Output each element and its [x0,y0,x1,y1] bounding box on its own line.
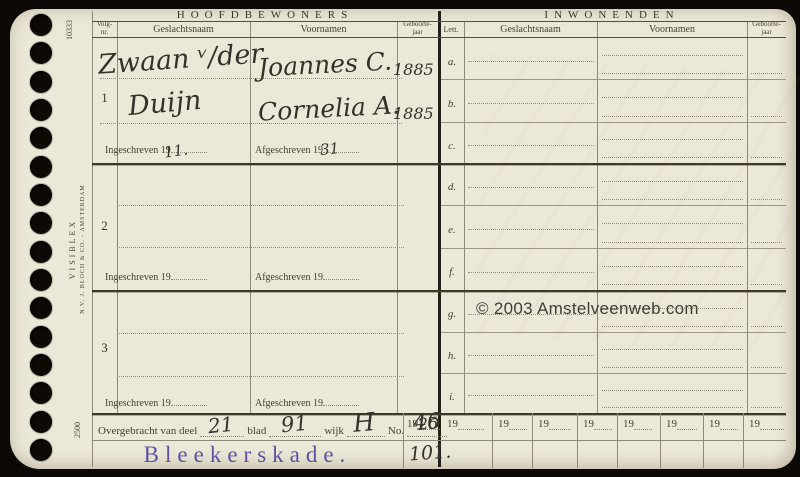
punch-hole [30,382,52,404]
col-header-voornamen-inw: Voornamen [597,24,747,35]
year-cell-leader [634,419,652,430]
year-cell-leader [458,419,484,430]
footer-cell-line [577,413,578,468]
dotted-writing-line [751,326,782,327]
year-cell: 19 [447,418,484,430]
year-cell: 19 [709,418,738,430]
year-cell-label: 19 [709,418,720,430]
dotted-writing-line [602,242,743,243]
lett-label: i. [443,391,461,403]
punch-hole [30,439,52,461]
dotted-writing-line [468,395,594,396]
hoofdbewoners-title: HOOFDBEWONERS [92,9,438,21]
dotted-writing-line [602,407,743,408]
ingeschreven-label: Ingeschreven 19 [105,269,207,283]
ingeschreven-label: Ingeschreven 19 [105,142,207,156]
ingeschreven-text: Ingeschreven 19 [105,398,171,409]
overgebracht-line: Overgebracht van deel 21 blad 91 wijk H … [98,419,447,437]
punch-hole [30,269,52,291]
overgebracht-label: Overgebracht van deel [98,425,197,437]
dotted-writing-line [602,266,743,267]
col-header-lett: Lett. [438,25,464,34]
lett-label: c. [443,140,461,152]
punch-hole [30,127,52,149]
year-cell: 19 [583,418,612,430]
dotted-writing-line [468,229,594,230]
inwonenden-row-f: f. [438,248,786,290]
dotted-writing-line [751,407,782,408]
year-cell-label: 19 [666,418,677,430]
punch-hole [30,326,52,348]
inwonenden-row-b: b. [438,79,786,122]
inwonenden-title: INWONENDEN [438,9,786,21]
deel-leader: 21 [200,426,244,437]
dotted-writing-line [751,199,782,200]
dotted-writing-line [602,73,743,74]
year-cell: 19 [666,418,697,430]
year-cell-leader [760,419,784,430]
col-header-voornamen: Voornamen [250,24,397,35]
year-cell: 19 [538,418,571,430]
dotted-writing-line [468,272,594,273]
year-cell: 19 [623,418,652,430]
afgeschreven-text: Afgeschreven 19 [255,272,323,283]
lett-label: e. [443,224,461,236]
ingeschreven-leader [171,269,207,280]
punch-hole [30,297,52,319]
dotted-writing-line [119,376,404,377]
inwonenden-row-a: a. [438,38,786,79]
col-header-geboorte-inw-line2: jaar [761,28,772,36]
ingeschreven-text: Ingeschreven 19 [105,145,171,156]
handwritten-firstname-2: Cornelia A. [257,90,400,126]
punch-hole [30,71,52,93]
dotted-writing-line [602,223,743,224]
punch-hole [30,212,52,234]
afgeschreven-text: Afgeschreven 19 [255,398,323,409]
year-prefix: 19 [407,418,418,430]
year-cell-label: 19 [538,418,549,430]
punch-hole [30,411,52,433]
dotted-writing-line [602,349,743,350]
dotted-writing-line [602,284,743,285]
printer-name-vertical: VISIBLEX [68,209,80,289]
col-header-geboortejaar-inw: Geboorte- jaar [747,21,786,36]
year-cell: 19 [498,418,527,430]
dotted-writing-line [751,242,782,243]
volgnr-value: 2 [92,218,117,234]
punch-hole [30,241,52,263]
year-cell-label: 19 [583,418,594,430]
year-cell-leader [509,419,527,430]
title-underline [92,21,786,22]
year-cell-leader [594,419,612,430]
blad-label: blad [247,425,266,437]
year-cell-label: 19 [623,418,634,430]
handwritten-surname-2: Duijn [127,85,203,122]
afgeschreven-label: Afgeschreven 19 [255,395,359,409]
footer-cell-line [532,413,533,468]
lett-label: d. [443,181,461,193]
dotted-writing-line [602,181,743,182]
dotted-writing-line [602,390,743,391]
dotted-writing-line [602,97,743,98]
footer-cell-line [660,413,661,468]
copyright-watermark: © 2003 Amstelveenweb.com [476,299,699,319]
ingeschreven-leader [171,395,207,406]
lett-label: a. [443,56,461,68]
footer-cell-line [492,413,493,468]
ingeschreven-label: Ingeschreven 19 [105,395,207,409]
afgeschreven-year-value: 31 [319,139,340,159]
dotted-writing-line [468,145,594,146]
year-cell-leader [549,419,571,430]
afgeschreven-text: Afgeschreven 19 [255,145,323,156]
dotted-writing-line [751,367,782,368]
punch-hole [30,14,52,36]
no-label: No. [388,425,404,437]
footer-cell-line [617,413,618,468]
inwonenden-row-c: c. [438,122,786,163]
afgeschreven-label: Afgeschreven 19 [255,269,359,283]
ingeschreven-text: Ingeschreven 19 [105,272,171,283]
serial-number-bottom: 2500 [73,415,83,445]
punch-hole [30,184,52,206]
year-value-handwritten: 25 [417,413,439,434]
serial-number-top: 10333 [65,12,75,48]
hoofdbewoners-row-3: 3 Ingeschreven 19 Afgeschreven 19 [92,290,438,413]
dotted-writing-line [602,139,743,140]
dotted-writing-line [751,116,782,117]
ingeschreven-year-value: 11. [163,140,189,161]
dotted-writing-line [100,78,402,79]
punch-hole [30,156,52,178]
afgeschreven-leader [323,269,359,280]
dotted-writing-line [602,157,743,158]
year-cell-label: 19 [498,418,509,430]
col-header-geslachtsnaam: Geslachtsnaam [117,24,250,35]
year-cell-leader [677,419,697,430]
lett-label: g. [443,308,461,320]
year-cell-leader [720,419,738,430]
house-number-handwritten: 101. [408,441,452,466]
wijk-label: wijk [324,425,344,437]
dotted-writing-line [468,103,594,104]
year-cell-label: 19 [447,418,458,430]
inwonenden-row-e: e. [438,205,786,248]
wijk-value-handwritten: H [352,407,376,438]
year-cell: 19 [749,418,784,430]
col-header-geboorte-line2: jaar [412,28,423,36]
dotted-writing-line [119,205,404,206]
col-header-geboortejaar: Geboorte- jaar [397,21,438,36]
street-name-stamp: Bleekerskade. [92,442,403,468]
afgeschreven-leader [323,395,359,406]
printer-address-vertical: N.V. J. BLOCH & CO. - AMSTERDAM [80,164,88,334]
volgnr-value: 3 [92,340,117,356]
dotted-writing-line [751,73,782,74]
punch-hole [30,354,52,376]
register-card: 10333 VISIBLEX N.V. J. BLOCH & CO. - AMS… [10,9,796,469]
footer-cell-line [403,413,404,468]
handwritten-birthyear-1: 1885 [393,60,434,79]
dotted-writing-line [751,157,782,158]
hoofdbewoners-row-1: 1 Zwaan ᵛ/der Joannes C. 1885 Duijn Corn… [92,38,438,163]
dotted-writing-line [119,247,404,248]
punch-hole [30,42,52,64]
handwritten-surname-1: Zwaan ᵛ/der [97,38,264,80]
col-header-volgnr-line2: nr. [101,28,108,36]
dotted-writing-line [468,187,594,188]
afgeschreven-label: Afgeschreven 19 [255,142,359,156]
dotted-writing-line [468,355,594,356]
lett-label: f. [443,266,461,278]
dotted-writing-line [602,116,743,117]
dotted-writing-line [468,61,594,62]
year-cell-label: 19 [749,418,760,430]
wijk-leader: H [347,426,385,437]
dotted-writing-line [751,284,782,285]
lett-label: h. [443,350,461,362]
inwonenden-row-h: h. [438,332,786,373]
dotted-writing-line [602,367,743,368]
blad-value-handwritten: 91 [280,411,309,438]
volgnr-value: 1 [92,90,117,106]
punch-hole [30,99,52,121]
inwonenden-row-d: d. [438,163,786,205]
lett-label: b. [443,98,461,110]
hoofdbewoners-row-2: 2 Ingeschreven 19 Afgeschreven 19 [92,163,438,290]
footer-cell-line [703,413,704,468]
col-header-geslachtsnaam-inw: Geslachtsnaam [464,24,597,35]
blad-leader: 91 [269,426,321,437]
photo-background: 10333 VISIBLEX N.V. J. BLOCH & CO. - AMS… [0,0,800,477]
dotted-writing-line [602,199,743,200]
dotted-writing-line [602,326,743,327]
handwritten-birthyear-2: 1885 [393,104,434,123]
col-header-volgnr: Volg- nr. [92,21,117,36]
dotted-writing-line [602,55,743,56]
dotted-writing-line [119,333,404,334]
footer-cell-line [743,413,744,468]
dotted-writing-line [100,123,402,124]
inwonenden-row-i: i. [438,373,786,413]
deel-value-handwritten: 21 [207,412,235,439]
